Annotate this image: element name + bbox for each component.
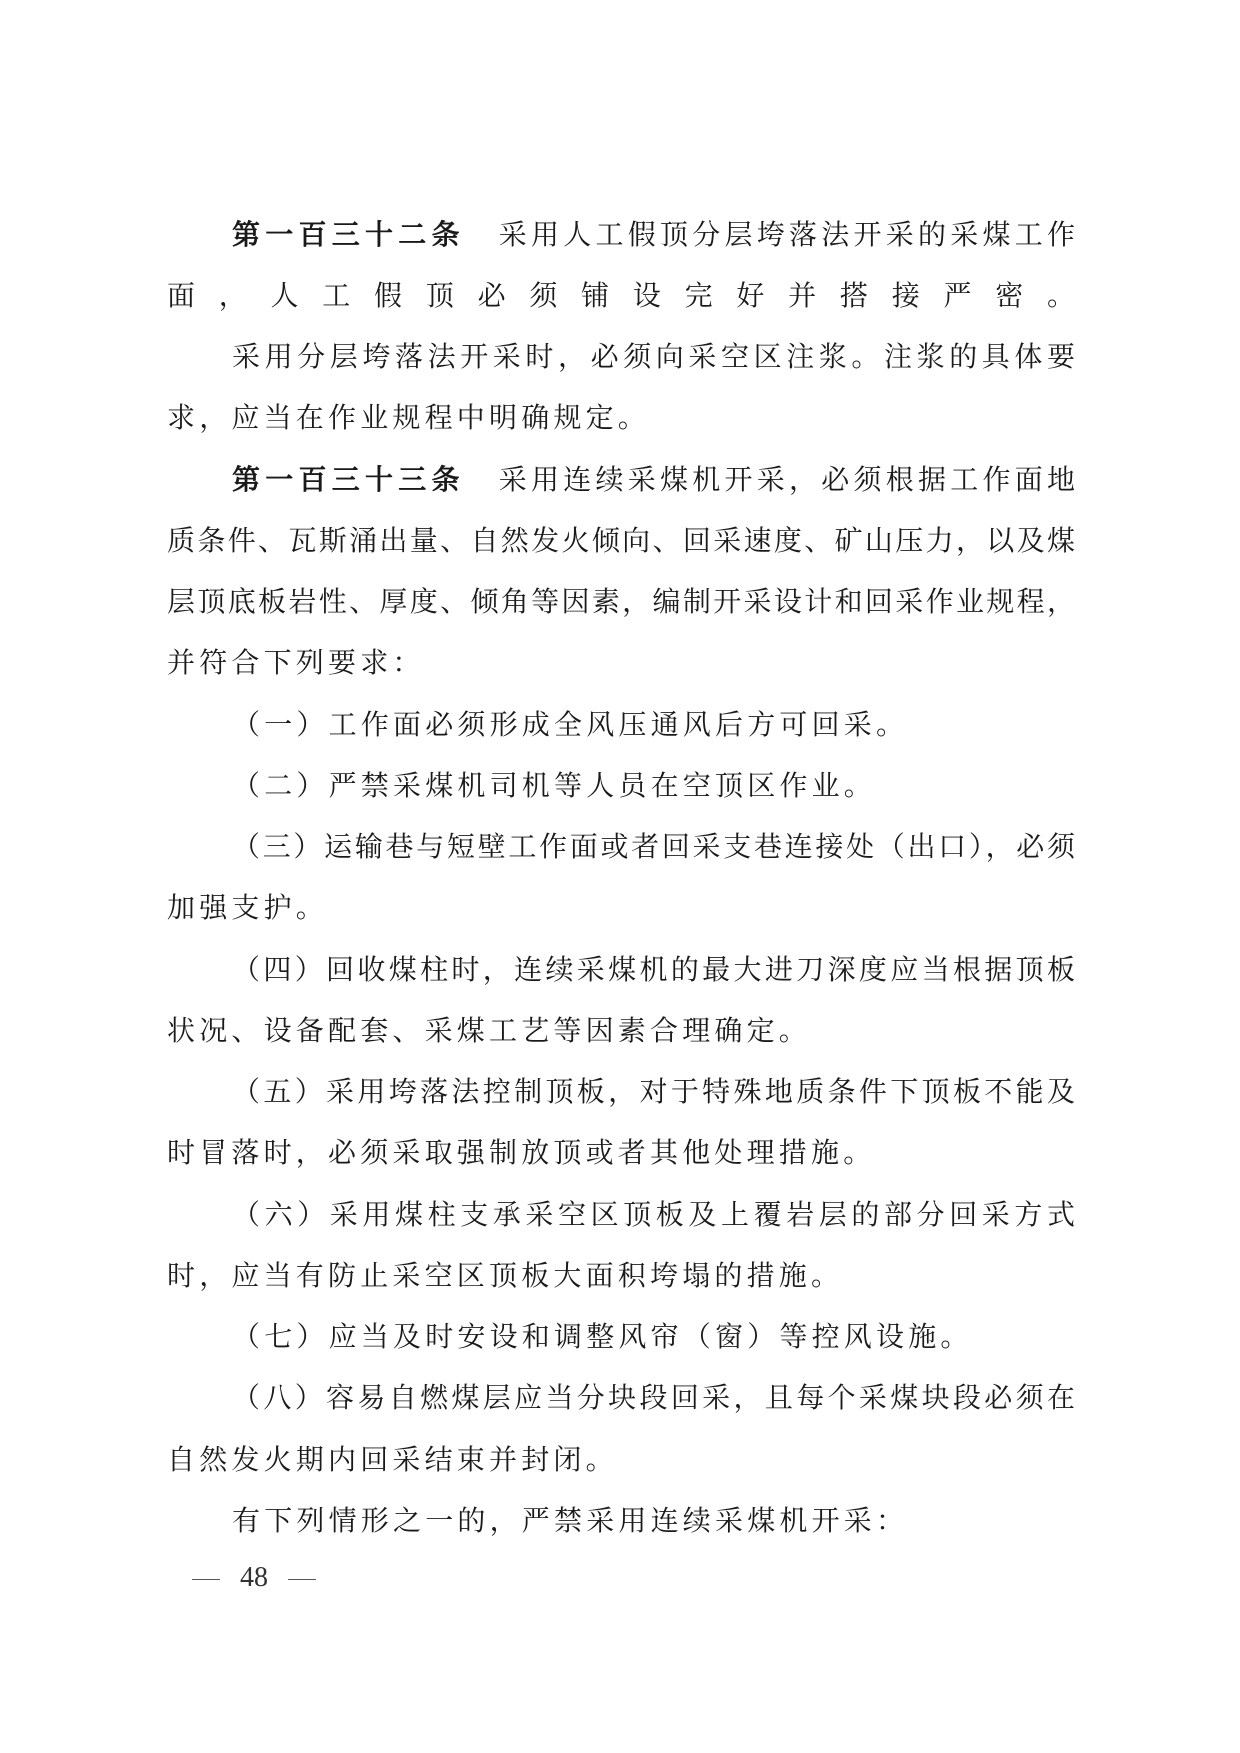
item-1: （一）工作面必须形成全风压通风后方可回采。 xyxy=(167,694,1075,755)
article-133-line-4: 并符合下列要求： xyxy=(167,632,1075,693)
item-6-line-1: （六）采用煤柱支承采空区顶板及上覆岩层的部分回采方式 xyxy=(167,1184,1075,1245)
article-132-para-2-line-2: 求，应当在作业规程中明确规定。 xyxy=(167,387,1075,448)
document-page: 第一百三十二条采用人工假顶分层垮落法开采的采煤工作 面，人工假顶必须铺设完好并搭… xyxy=(0,0,1240,1753)
article-133-line-1: 第一百三十三条采用连续采煤机开采，必须根据工作面地 xyxy=(167,449,1075,510)
article-132-para-2-line-1: 采用分层垮落法开采时，必须向采空区注浆。注浆的具体要 xyxy=(167,326,1075,387)
article-133-line-2: 质条件、瓦斯涌出量、自然发火倾向、回采速度、矿山压力，以及煤 xyxy=(167,510,1075,571)
page-number: 48 xyxy=(240,1558,268,1598)
item-4-line-1: （四）回收煤柱时，连续采煤机的最大进刀深度应当根据顶板 xyxy=(167,939,1075,1000)
item-7: （七）应当及时安设和调整风帘（窗）等控风设施。 xyxy=(167,1306,1075,1367)
paragraph-text: 采用人工假顶分层垮落法开采的采煤工作 xyxy=(499,218,1075,251)
article-133-line-3: 层顶底板岩性、厚度、倾角等因素，编制开采设计和回采作业规程， xyxy=(167,571,1075,632)
article-number: 第一百三十二条 xyxy=(232,218,465,251)
item-3-line-2: 加强支护。 xyxy=(167,877,1075,938)
dash-right xyxy=(288,1579,316,1580)
paragraph-text: 采用连续采煤机开采，必须根据工作面地 xyxy=(499,463,1075,496)
item-5-line-2: 时冒落时，必须采取强制放顶或者其他处理措施。 xyxy=(167,1122,1075,1183)
item-8-line-2: 自然发火期内回采结束并封闭。 xyxy=(167,1429,1075,1490)
item-6-line-2: 时，应当有防止采空区顶板大面积垮塌的措施。 xyxy=(167,1245,1075,1306)
item-4-line-2: 状况、设备配套、采煤工艺等因素合理确定。 xyxy=(167,1000,1075,1061)
dash-left xyxy=(192,1579,220,1580)
article-132-line-2: 面，人工假顶必须铺设完好并搭接严密。 xyxy=(167,265,1075,326)
item-3-line-1: （三）运输巷与短壁工作面或者回采支巷连接处（出口），必须 xyxy=(167,816,1075,877)
page-number-footer: 48 xyxy=(192,1558,316,1598)
prohibition-intro: 有下列情形之一的，严禁采用连续采煤机开采： xyxy=(167,1490,1075,1551)
item-2: （二）严禁采煤机司机等人员在空顶区作业。 xyxy=(167,755,1075,816)
article-132-line-1: 第一百三十二条采用人工假顶分层垮落法开采的采煤工作 xyxy=(167,204,1075,265)
article-number: 第一百三十三条 xyxy=(232,463,465,496)
item-8-line-1: （八）容易自燃煤层应当分块段回采，且每个采煤块段必须在 xyxy=(167,1367,1075,1428)
item-5-line-1: （五）采用垮落法控制顶板，对于特殊地质条件下顶板不能及 xyxy=(167,1061,1075,1122)
